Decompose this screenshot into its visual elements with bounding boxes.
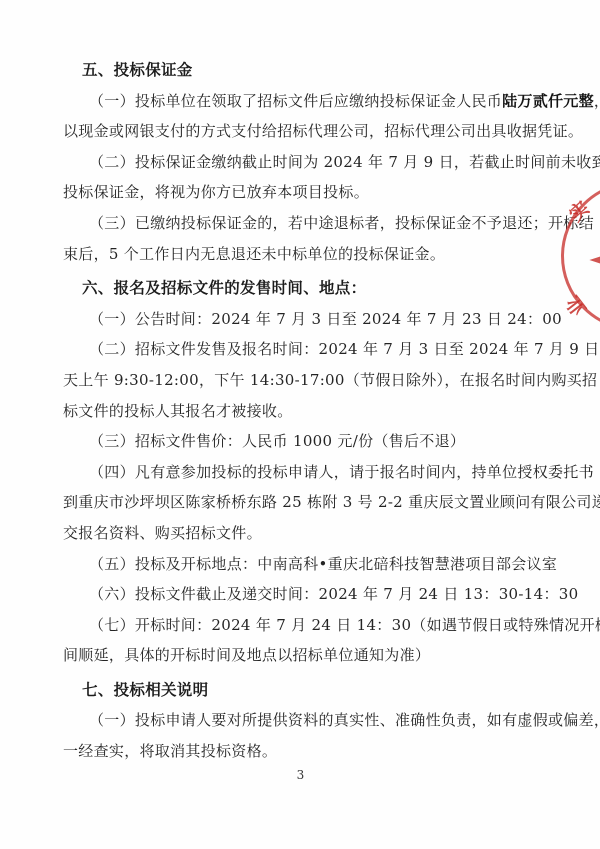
text-segment: 六、报名及招标文件的发售时间、地点： <box>82 278 366 297</box>
text-segment: 以现金或网银支付的方式支付给招标代理公司，招标代理公司出具收据凭证。 <box>63 122 583 140</box>
text-segment: ， <box>594 92 600 110</box>
document-line: 一经查实，将取消其投标资格。 <box>63 736 575 767</box>
text-segment: 七、投标相关说明 <box>82 680 208 699</box>
document-line: （五）投标及开标地点：中南高科•重庆北碚科技智慧港项目部会议室 <box>63 549 575 580</box>
text-segment: （二）投标保证金缴纳截止时间为 2024 年 7 月 9 日，若截止时间前未收到 <box>89 153 600 171</box>
text-segment: 束后，5 个工作日内无息退还未中标单位的投标保证金。 <box>63 245 445 263</box>
document-body: 五、投标保证金（一）投标单位在领取了招标文件后应缴纳投标保证金人民币陆万贰仟元整… <box>63 55 575 767</box>
document-line: 天上午 9:30-12:00，下午 14:30-17:00（节假日除外），在报名… <box>63 365 575 396</box>
document-line: 以现金或网银支付的方式支付给招标代理公司，招标代理公司出具收据凭证。 <box>63 116 575 147</box>
text-segment: （三）招标文件售价：人民币 1000 元/份（售后不退） <box>89 432 465 450</box>
section-heading: 六、报名及招标文件的发售时间、地点： <box>63 273 575 304</box>
text-segment: （七）开标时间：2024 年 7 月 24 日 14：30（如遇节假日或特殊情况… <box>89 616 600 634</box>
text-segment: 一经查实，将取消其投标资格。 <box>63 742 277 760</box>
text-segment: 交报名资料、购买招标文件。 <box>63 524 262 542</box>
text-segment: （三）已缴纳投标保证金的，若中途退标者，投标保证金不予退还；开标结 <box>89 214 594 232</box>
text-segment: （一）公告时间：2024 年 7 月 3 日至 2024 年 7 月 23 日 … <box>89 310 562 328</box>
document-line: （一）投标申请人要对所提供资料的真实性、准确性负责，如有虚假或偏差， <box>63 705 575 736</box>
document-line: （二）投标保证金缴纳截止时间为 2024 年 7 月 9 日，若截止时间前未收到 <box>63 147 575 178</box>
document-line: 束后，5 个工作日内无息退还未中标单位的投标保证金。 <box>63 239 575 270</box>
document-line: 投标保证金，将视为你方已放弃本项目投标。 <box>63 177 575 208</box>
text-segment: 天上午 9:30-12:00，下午 14:30-17:00（节假日除外），在报名… <box>63 371 597 389</box>
text-segment: 间顺延，具体的开标时间及地点以招标单位通知为准） <box>63 646 430 664</box>
document-line: 标文件的投标人其报名才被接收。 <box>63 396 575 427</box>
document-line: （二）招标文件发售及报名时间：2024 年 7 月 3 日至 2024 年 7 … <box>63 334 575 365</box>
document-line: 交报名资料、购买招标文件。 <box>63 518 575 549</box>
text-segment: （二）招标文件发售及报名时间：2024 年 7 月 3 日至 2024 年 7 … <box>89 340 600 358</box>
section-heading: 五、投标保证金 <box>63 55 575 86</box>
text-segment: （一）投标单位在领取了招标文件后应缴纳投标保证金人民币 <box>89 92 502 110</box>
text-segment: 到重庆市沙坪坝区陈家桥桥东路 25 栋附 3 号 2-2 重庆辰文置业顾问有限公… <box>63 493 600 511</box>
text-segment: （五）投标及开标地点：中南高科•重庆北碚科技智慧港项目部会议室 <box>89 555 557 573</box>
text-segment: 投标保证金，将视为你方已放弃本项目投标。 <box>63 183 369 201</box>
page-number: 3 <box>63 768 538 782</box>
text-segment: （六）投标文件截止及递交时间：2024 年 7 月 24 日 13：30-14：… <box>89 585 578 603</box>
document-line: 间顺延，具体的开标时间及地点以招标单位通知为准） <box>63 640 575 671</box>
document-line: （一）公告时间：2024 年 7 月 3 日至 2024 年 7 月 23 日 … <box>63 304 575 335</box>
document-line: （一）投标单位在领取了招标文件后应缴纳投标保证金人民币陆万贰仟元整， <box>63 86 575 117</box>
text-segment: （四）凡有意参加投标的投标申请人，请于报名时间内，持单位授权委托书 <box>89 463 594 481</box>
document-page: 五、投标保证金（一）投标单位在领取了招标文件后应缴纳投标保证金人民币陆万贰仟元整… <box>0 0 600 849</box>
document-line: （七）开标时间：2024 年 7 月 24 日 14：30（如遇节假日或特殊情况… <box>63 610 575 641</box>
section-heading: 七、投标相关说明 <box>63 675 575 706</box>
document-line: （六）投标文件截止及递交时间：2024 年 7 月 24 日 13：30-14：… <box>63 579 575 610</box>
bold-amount-text: 陆万贰仟元整 <box>502 92 594 110</box>
text-segment: （一）投标申请人要对所提供资料的真实性、准确性负责，如有虚假或偏差， <box>89 711 600 729</box>
text-segment: 五、投标保证金 <box>82 60 193 79</box>
document-line: （三）招标文件售价：人民币 1000 元/份（售后不退） <box>63 426 575 457</box>
document-line: （四）凡有意参加投标的投标申请人，请于报名时间内，持单位授权委托书 <box>63 457 575 488</box>
document-line: 到重庆市沙坪坝区陈家桥桥东路 25 栋附 3 号 2-2 重庆辰文置业顾问有限公… <box>63 487 575 518</box>
text-segment: 标文件的投标人其报名才被接收。 <box>63 402 293 420</box>
document-line: （三）已缴纳投标保证金的，若中途退标者，投标保证金不予退还；开标结 <box>63 208 575 239</box>
